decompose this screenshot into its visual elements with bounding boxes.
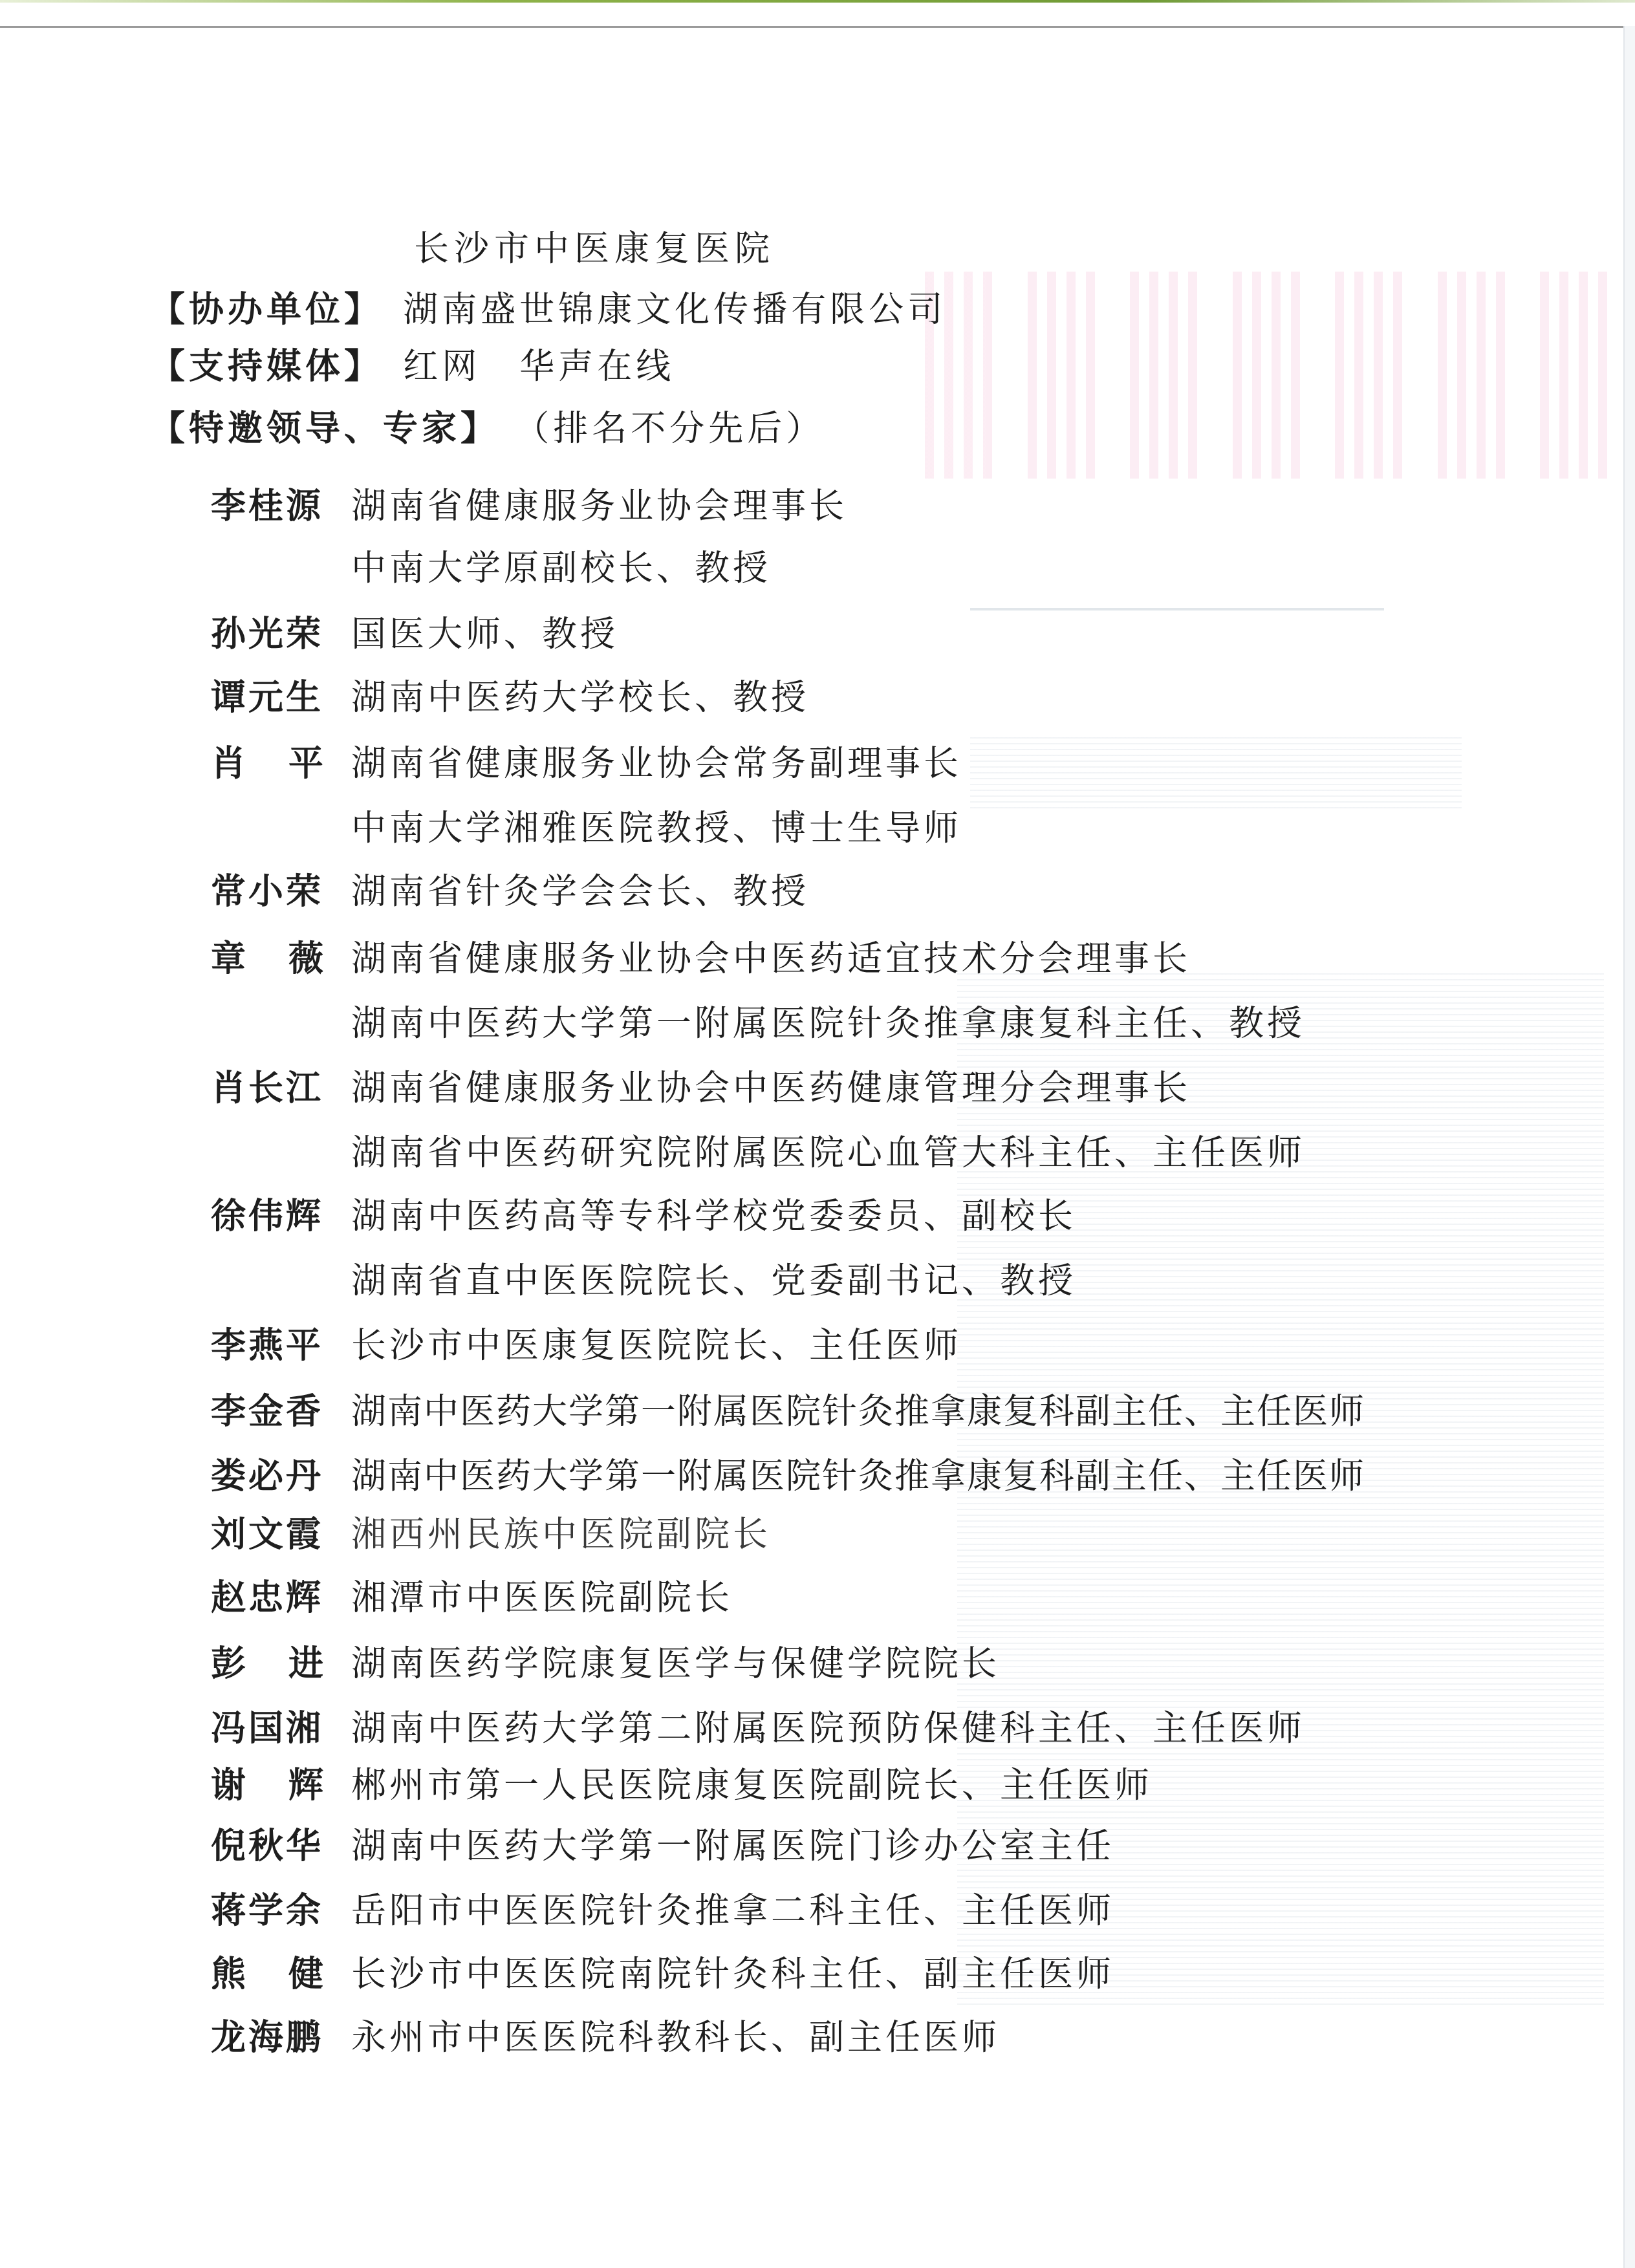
guest-title: 岳阳市中医医院针灸推拿二科主任、主任医师 [351, 1883, 1114, 1933]
scan-edge-top [0, 0, 1635, 3]
guest-name: 肖长江 [211, 1061, 323, 1110]
supporting-media-value: 红网 华声在线 [403, 346, 675, 387]
guest-title: 永州市中医医院科教科长、副主任医师 [351, 2010, 1000, 2060]
co-organizer-row: 【协办单位】 湖南盛世锦康文化传播有限公司 [150, 292, 946, 327]
guest-name: 冯国湘 [211, 1701, 323, 1751]
guest-title: 湖南省中医药研究院附属医院心血管大科主任、主任医师 [351, 1125, 1305, 1175]
guest-title: 湖南省健康服务业协会中医药适宜技术分会理事长 [351, 931, 1191, 981]
guest-title: 湖南中医药大学第一附属医院针灸推拿康复科主任、教授 [351, 996, 1305, 1046]
guest-name: 倪秋华 [211, 1819, 323, 1868]
guest-name: 常小荣 [211, 864, 323, 914]
supporting-media-row: 【支持媒体】 红网 华声在线 [150, 349, 675, 384]
guest-title: 湖南中医药大学第二附属医院预防保健科主任、主任医师 [351, 1701, 1305, 1751]
guest-name: 徐伟辉 [211, 1189, 323, 1238]
guest-title: 湖南医药学院康复医学与保健学院院长 [351, 1636, 1000, 1686]
guest-title: 湖南中医药大学第一附属医院针灸推拿康复科副主任、主任医师 [351, 1449, 1365, 1498]
guest-name: 李金香 [211, 1384, 323, 1434]
guest-title: 湖南中医药大学第一附属医院针灸推拿康复科副主任、主任医师 [351, 1384, 1365, 1434]
scan-edge-right [1623, 26, 1635, 2268]
guest-name: 赵忠辉 [211, 1570, 323, 1620]
guest-name: 李桂源 [211, 479, 323, 528]
guest-title: 湖南省健康服务业协会理事长 [351, 479, 847, 528]
guest-name: 李燕平 [211, 1318, 323, 1368]
guest-title: 湘潭市中医医院副院长 [351, 1570, 733, 1620]
guest-title: 湘西州民族中医院副院长 [351, 1507, 771, 1557]
guest-title: 湖南中医药高等专科学校党委委员、副校长 [351, 1189, 1076, 1238]
guest-name: 谢辉 [211, 1758, 366, 1808]
bleed-through-title [925, 272, 1617, 479]
guest-name: 肖平 [211, 736, 366, 786]
guest-title: 中南大学原副校长、教授 [351, 541, 771, 590]
guest-title: 长沙市中医康复医院院长、主任医师 [351, 1318, 962, 1368]
bleed-through-text [970, 737, 1462, 808]
guest-title: 湖南中医药大学校长、教授 [351, 670, 809, 720]
guest-title: 中南大学湘雅医院教授、博士生导师 [351, 801, 962, 850]
guest-title: 湖南省针灸学会会长、教授 [351, 864, 809, 914]
guest-title: 湖南省健康服务业协会中医药健康管理分会理事长 [351, 1061, 1191, 1110]
scan-edge-line [0, 26, 1627, 28]
co-organizer-value: 湖南盛世锦康文化传播有限公司 [403, 289, 946, 330]
organizer-continuation: 长沙市中医康复医院 [414, 232, 775, 266]
guest-title: 长沙市中医医院南院针灸科主任、副主任医师 [351, 1947, 1114, 1996]
guest-name: 彭进 [211, 1636, 366, 1686]
co-organizer-label: 【协办单位】 [150, 289, 383, 330]
invited-guests-label: 【特邀领导、专家】 [150, 408, 499, 449]
guest-name: 娄必丹 [211, 1449, 323, 1498]
guest-title: 国医大师、教授 [351, 607, 618, 656]
guest-name: 谭元生 [211, 670, 323, 720]
supporting-media-label: 【支持媒体】 [150, 346, 383, 387]
guest-name: 章薇 [211, 931, 366, 981]
guest-name: 龙海鹏 [211, 2010, 323, 2060]
guest-name: 熊健 [211, 1947, 366, 1996]
invited-guests-row: 【特邀领导、专家】 （排名不分先后） [150, 411, 825, 446]
guest-title: 湖南省直中医医院院长、党委副书记、教授 [351, 1253, 1076, 1303]
guest-name: 刘文霞 [211, 1507, 323, 1557]
guest-name: 蒋学余 [211, 1883, 323, 1933]
guest-name: 孙光荣 [211, 607, 323, 656]
invited-guests-note: （排名不分先后） [514, 408, 825, 449]
bleed-through-rule [970, 608, 1384, 610]
guest-title: 郴州市第一人民医院康复医院副院长、主任医师 [351, 1758, 1153, 1808]
guest-title: 湖南中医药大学第一附属医院门诊办公室主任 [351, 1819, 1114, 1868]
guest-title: 湖南省健康服务业协会常务副理事长 [351, 736, 962, 786]
